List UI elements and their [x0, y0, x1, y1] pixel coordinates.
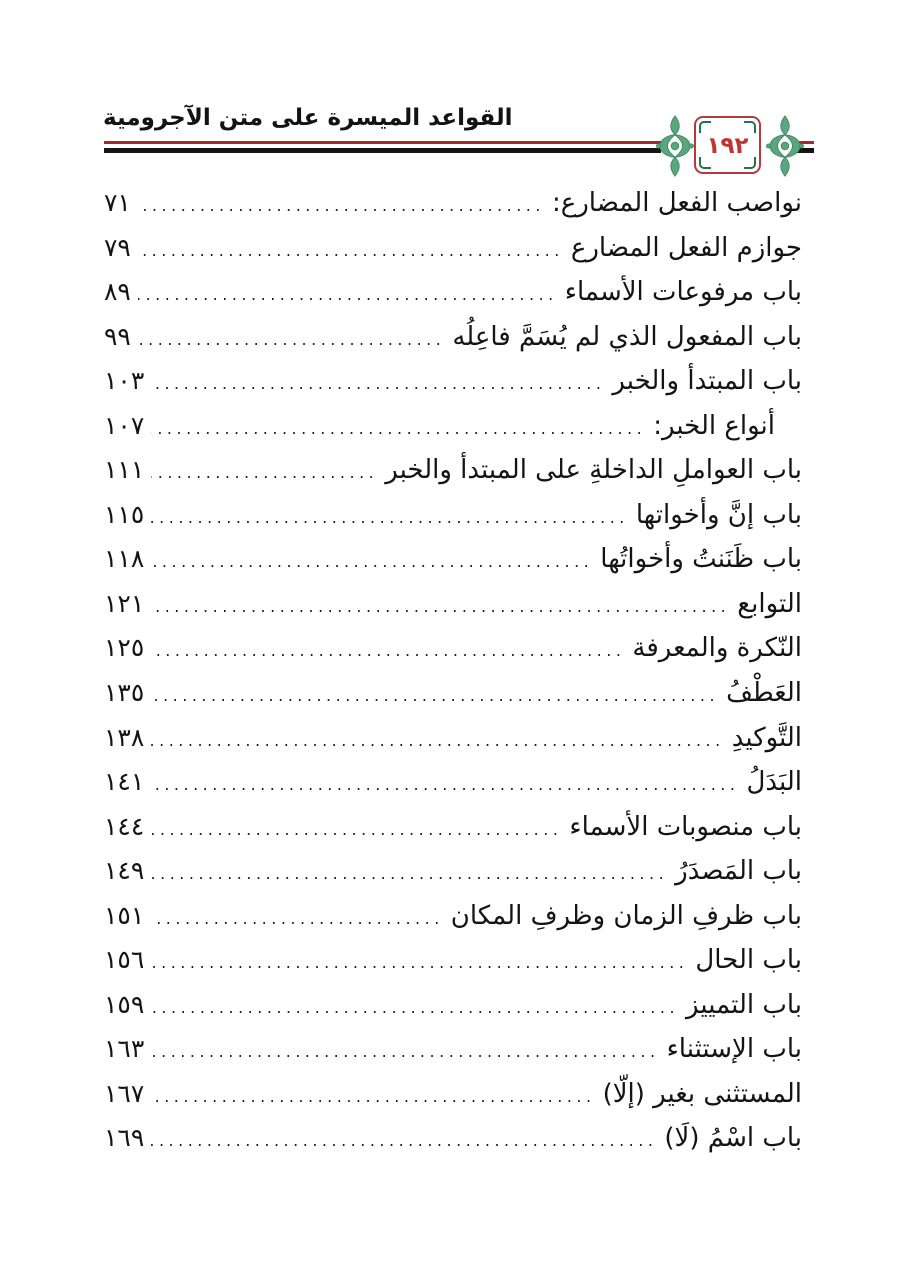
toc-entry-page: ٨٩ [104, 270, 131, 315]
toc-entry-title: باب المَصدَرُ [675, 849, 802, 894]
toc-entry-title: باب ظرفِ الزمان وظرفِ المكان [451, 894, 802, 939]
book-page: القواعد الميسرة على متن الآجرومية [0, 0, 906, 1280]
toc-row: باب المبتدأ والخبر .....................… [104, 359, 802, 404]
toc-entry-title: باب إنَّ وأخواتها [636, 493, 802, 538]
toc-row: باب إنَّ وأخواتها ......................… [104, 493, 802, 538]
dot-leader: ........................................… [151, 629, 625, 674]
toc-entry-title: التوابع [737, 582, 802, 627]
toc-entry-title: العَطْفُ [726, 671, 802, 716]
toc-entry-page: ١١١ [104, 448, 144, 493]
dot-leader: ........................................… [138, 318, 445, 363]
dot-leader: ........................................… [151, 674, 719, 719]
toc-entry-title: باب اسْمُ (لَا) [664, 1116, 802, 1161]
dot-leader: ........................................… [151, 407, 646, 452]
toc-row: باب المفعول الذي لم يُسَمَّ فاعِلُه ....… [104, 315, 802, 360]
toc-entry-page: ١٢٥ [104, 626, 144, 671]
toc-entry-title: جوازم الفعل المضارع [571, 226, 802, 271]
toc-entry-title: باب منصوبات الأسماء [569, 805, 802, 850]
toc-row: أنواع الخبر: ...........................… [104, 404, 802, 449]
dot-leader: ........................................… [151, 852, 668, 897]
toc-entry-page: ١٤١ [104, 760, 144, 805]
toc-entry-page: ٧١ [104, 181, 131, 226]
toc-entry-page: ١٥٦ [104, 938, 144, 983]
toc-row: النّكرة والمعرفة .......................… [104, 626, 802, 671]
arabesque-ornament-icon [766, 115, 804, 177]
dot-leader: ........................................… [151, 451, 378, 496]
toc-entry-title: باب المبتدأ والخبر [612, 359, 802, 404]
toc-entry-page: ٩٩ [104, 315, 131, 360]
toc-row: المستثنى بغير (إلّا) ...................… [104, 1072, 802, 1117]
toc-row: باب اسْمُ (لَا) ........................… [104, 1116, 802, 1161]
toc-row: باب منصوبات الأسماء ....................… [104, 805, 802, 850]
arabesque-ornament-icon [656, 115, 694, 177]
toc-entry-title: باب ظَنَنتُ وأخواتُها [600, 537, 802, 582]
table-of-contents: نواصب الفعل المضارع: ...................… [104, 181, 802, 1161]
toc-entry-page: ١٤٤ [104, 805, 144, 850]
toc-entry-page: ١٥١ [104, 894, 144, 939]
toc-entry-title: باب العواملِ الداخلةِ على المبتدأ والخبر [385, 448, 802, 493]
toc-row: باب الحال ..............................… [104, 938, 802, 983]
toc-row: التوابع ................................… [104, 582, 802, 627]
toc-entry-title: باب المفعول الذي لم يُسَمَّ فاعِلُه [452, 315, 802, 360]
toc-entry-page: ١٣٥ [104, 671, 144, 716]
toc-row: باب مرفوعات الأسماء ....................… [104, 270, 802, 315]
dot-leader: ........................................… [151, 808, 562, 853]
toc-entry-page: ٧٩ [104, 226, 131, 271]
dot-leader: ........................................… [151, 897, 443, 942]
dot-leader: ........................................… [151, 496, 629, 541]
dot-leader: ........................................… [151, 1075, 595, 1120]
toc-entry-page: ١٣٨ [104, 716, 144, 761]
dot-leader: ........................................… [151, 719, 724, 764]
header-rule-black [104, 148, 661, 153]
dot-leader: ........................................… [151, 540, 593, 585]
toc-entry-page: ١٥٩ [104, 983, 144, 1028]
toc-entry-title: باب مرفوعات الأسماء [565, 270, 802, 315]
toc-row: باب الإستثناء ..........................… [104, 1027, 802, 1072]
toc-row: البَدَلُ ...............................… [104, 760, 802, 805]
toc-row: باب التمييز ............................… [104, 983, 802, 1028]
dot-leader: ........................................… [151, 1030, 659, 1075]
toc-row: باب ظَنَنتُ وأخواتُها ..................… [104, 537, 802, 582]
dot-leader: ........................................… [138, 184, 545, 229]
toc-entry-title: التَّوكيدِ [732, 716, 802, 761]
toc-entry-page: ١٢١ [104, 582, 144, 627]
toc-row: باب العواملِ الداخلةِ على المبتدأ والخبر… [104, 448, 802, 493]
dot-leader: ........................................… [151, 585, 730, 630]
header-rule-red [104, 141, 661, 144]
toc-row: نواصب الفعل المضارع: ...................… [104, 181, 802, 226]
toc-row: باب ظرفِ الزمان وظرفِ المكان ...........… [104, 894, 802, 939]
dot-leader: ........................................… [138, 273, 558, 318]
toc-row: باب المَصدَرُ ..........................… [104, 849, 802, 894]
toc-entry-title: النّكرة والمعرفة [632, 626, 802, 671]
toc-entry-page: ١١٨ [104, 537, 144, 582]
dot-leader: ........................................… [151, 362, 605, 407]
page-number: ١٩٢ [696, 118, 759, 172]
book-title: القواعد الميسرة على متن الآجرومية [103, 101, 513, 135]
toc-entry-page: ١٠٣ [104, 359, 144, 404]
toc-entry-page: ١٦٣ [104, 1027, 144, 1072]
toc-row: العَطْفُ ...............................… [104, 671, 802, 716]
toc-entry-title: أنواع الخبر: [653, 404, 775, 449]
toc-row: جوازم الفعل المضارع ....................… [104, 226, 802, 271]
toc-entry-title: نواصب الفعل المضارع: [552, 181, 802, 226]
toc-entry-title: البَدَلُ [746, 760, 802, 805]
toc-entry-page: ١٦٧ [104, 1072, 144, 1117]
toc-entry-title: باب الإستثناء [667, 1027, 802, 1072]
dot-leader: ........................................… [151, 1119, 657, 1164]
toc-entry-page: ١٦٩ [104, 1116, 144, 1161]
dot-leader: ........................................… [151, 763, 739, 808]
toc-row: التَّوكيدِ .............................… [104, 716, 802, 761]
page-number-badge: ١٩٢ [694, 116, 761, 174]
toc-entry-title: باب التمييز [686, 983, 802, 1028]
toc-entry-title: باب الحال [695, 938, 802, 983]
dot-leader: ........................................… [151, 941, 688, 986]
toc-entry-page: ١٠٧ [104, 404, 144, 449]
toc-entry-title: المستثنى بغير (إلّا) [603, 1072, 802, 1117]
toc-entry-page: ١٤٩ [104, 849, 144, 894]
dot-leader: ........................................… [138, 229, 564, 274]
toc-entry-page: ١١٥ [104, 493, 144, 538]
dot-leader: ........................................… [151, 986, 679, 1031]
